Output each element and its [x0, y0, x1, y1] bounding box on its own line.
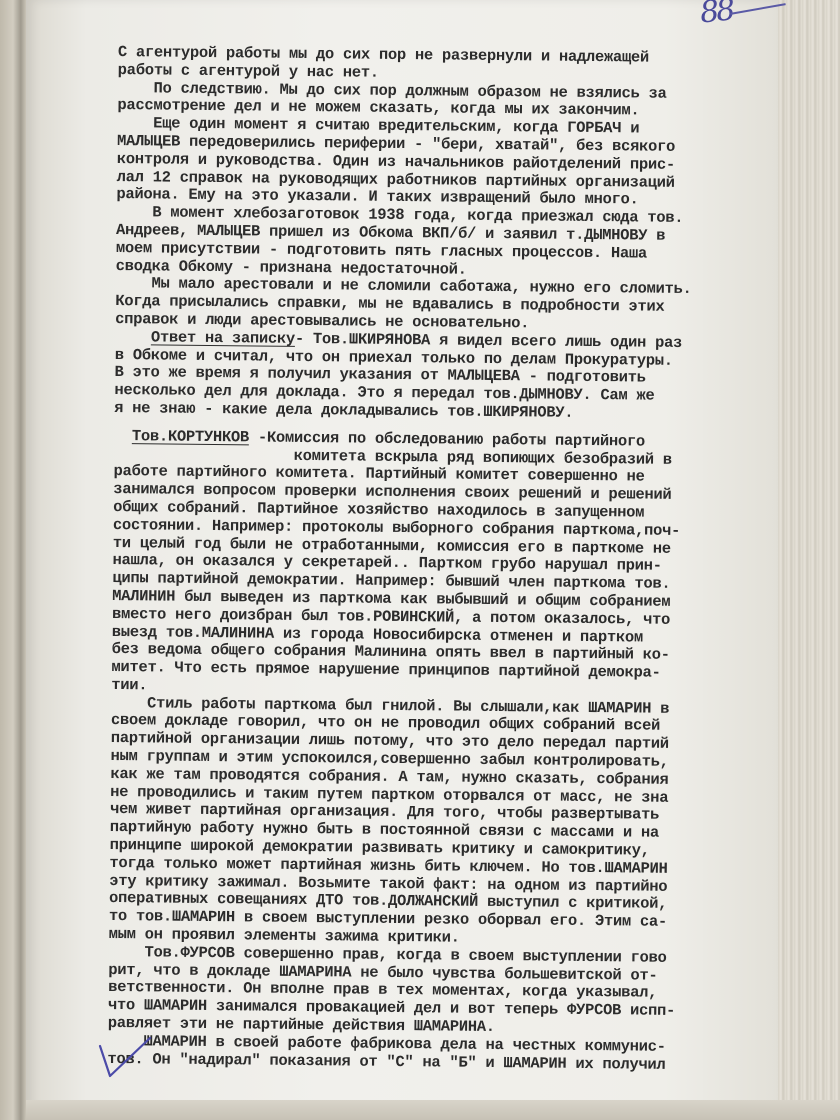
- page-bottom-edge: [26, 1100, 840, 1120]
- answer-heading: Ответ на записку: [151, 328, 295, 348]
- paragraph-answer: в Обкоме и считал, что он приехал только…: [114, 347, 805, 425]
- book-binding: [0, 0, 26, 1120]
- paragraph-speech: комитета вскрыла ряд вопиющих безобразий…: [107, 446, 803, 1076]
- speaker-name: Тов.КОРТУНКОВ: [132, 427, 249, 446]
- handwritten-checkmark-icon: [96, 1032, 156, 1082]
- typewritten-text: С агентурой работы мы до сих пор не разв…: [107, 44, 808, 1076]
- handwritten-folio-number: 88: [698, 0, 734, 31]
- paragraph-testimony: С агентурой работы мы до сих пор не разв…: [115, 44, 808, 336]
